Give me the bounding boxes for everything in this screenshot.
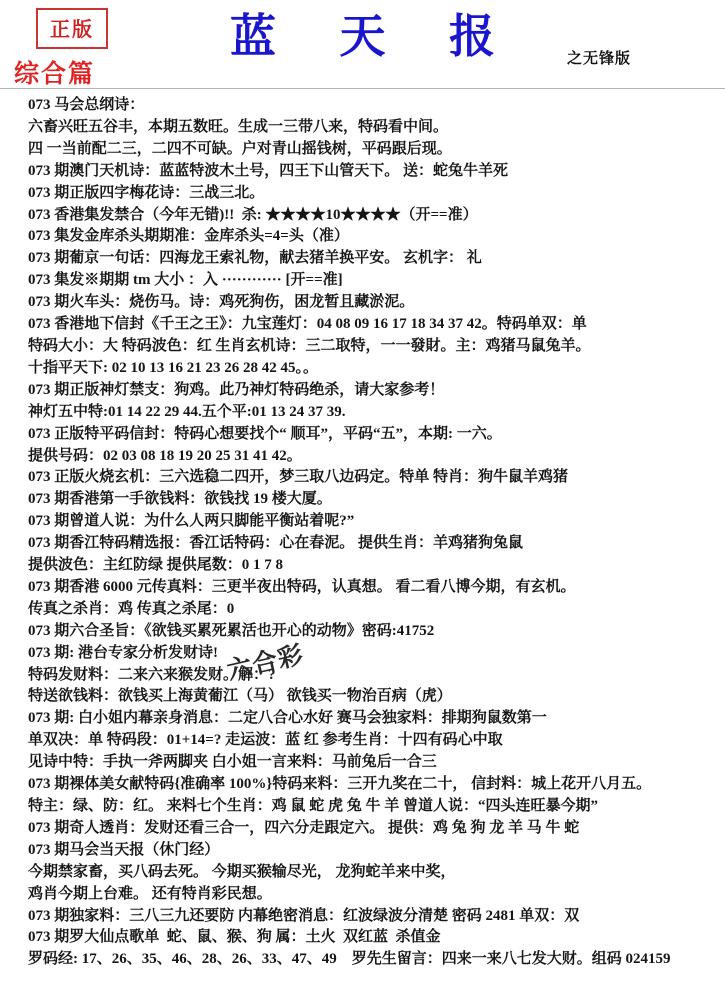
body-line: 073 期: 港台专家分析发财诗! xyxy=(28,643,719,665)
body-line: 见诗中特：手执一斧两脚夹 白小姐一言来料：马前兔后一合三 xyxy=(28,752,719,774)
body-line: 073 期奇人透肖：发财还看三合一，四六分走跟定六。 提供：鸡 兔 狗 龙 羊 … xyxy=(28,818,719,840)
body-line: 十指平天下: 02 10 13 16 21 23 26 28 42 45。。 xyxy=(28,358,719,380)
body-line: 073 期香港 6000 元传真料：三更半夜出特码，认真想。 看二看八博今期，有… xyxy=(28,577,719,599)
body-line: 073 期正版神灯禁支：狗鸡。此乃神灯特码绝杀，请大家参考！ xyxy=(28,380,719,402)
body-line: 073 期正版四字梅花诗：三战三北。 xyxy=(28,183,719,205)
section-title: 综合篇 xyxy=(14,54,95,90)
body-line: 特主：绿、防：红。 来料七个生肖：鸡 鼠 蛇 虎 兔 牛 羊 曾道人说：“四头连… xyxy=(28,796,719,818)
body-line: 特送欲钱料：欲钱买上海黄葡江（马） 欲钱买一物治百病（虎） xyxy=(28,686,719,708)
body-line: 073 香港地下信封《千王之王》：九宝莲灯：04 08 09 16 17 18 … xyxy=(28,314,719,336)
body-line: 神灯五中特:01 14 22 29 44.五个平:01 13 24 37 39. xyxy=(28,402,719,424)
body-line: 073 期香港第一手欲钱料：欲钱找 19 楼大厦。 xyxy=(28,489,719,511)
body-line: 罗码经: 17、26、35、46、28、26、33、47、49 罗先生留言：四来… xyxy=(28,949,719,971)
body-line: 073 期曾道人说：为什么人两只脚能平衡站着呢?” xyxy=(28,511,719,533)
header-divider xyxy=(0,88,725,89)
body-line: 073 期裸体美女献特码{准确率 100%}特码来料：三开九奖在二十， 信封料：… xyxy=(28,774,719,796)
newspaper-page: 正版 蓝 天 报 之无锋版 综合篇 073 马会总纲诗：六畜兴旺五谷丰，本期五数… xyxy=(0,0,725,987)
body-line: 073 期六合圣旨：《欲钱买累死累活也开心的动物》密码:41752 xyxy=(28,621,719,643)
body-line: 073 期火车头：烧伤马。诗：鸡死狗伤，困龙暂且藏淤泥。 xyxy=(28,292,719,314)
body-line: 073 期葡京一句话：四海龙王索礼物，献去猪羊换平安。 玄机字： 礼 xyxy=(28,248,719,270)
body-line: 073 期独家料：三八三九还要防 内幕绝密消息：红波绿波分清楚 密码 2481 … xyxy=(28,906,719,928)
body-line: 鸡肖今期上台难。 还有特肖彩民想。 xyxy=(28,884,719,906)
body-line: 073 期马会当天报（休门经） xyxy=(28,840,719,862)
body-line: 四 一当前配二三，二四不可缺。户对青山摇钱树，平码跟后现。 xyxy=(28,139,719,161)
body-line: 073 期: 白小姐内幕亲身消息：二定八合心水好 赛马会独家料：排期狗鼠数第一 xyxy=(28,708,719,730)
body-line: 073 集发※期期 tm 大小 ：入 ············ [开==准] xyxy=(28,270,719,292)
body-line: 六畜兴旺五谷丰，本期五数旺。生成一三带八来，特码看中间。 xyxy=(28,117,719,139)
body-line: 073 正版特平码信封：特码心想要找个“ 顺耳”，平码“五”，本期: 一六。 xyxy=(28,424,719,446)
body-line: 073 集发金库杀头期期准：金库杀头=4=头（准） xyxy=(28,226,719,248)
body-line: 传真之杀肖：鸡 传真之杀尾：0 xyxy=(28,599,719,621)
body-line: 单双决：单 特码段：01+14=? 走运波：蓝 红 参考生肖：十四有码心中取 xyxy=(28,730,719,752)
body-text: 073 马会总纲诗：六畜兴旺五谷丰，本期五数旺。生成一三带八来，特码看中间。四 … xyxy=(28,95,719,971)
body-line: 073 期香江特码精选报：香江话特码：心在春泥。 提供生肖：羊鸡猪狗兔鼠 xyxy=(28,533,719,555)
edition-label: 之无锋版 xyxy=(567,47,631,68)
body-line: 073 期罗大仙点歌单 蛇、鼠、猴、狗 属：土火 双红蓝 杀值金 xyxy=(28,927,719,949)
body-line: 特码大小：大 特码波色：红 生肖玄机诗：三二取特，一一發財。主：鸡猪马鼠兔羊。 xyxy=(28,336,719,358)
body-line: 提供号码：02 03 08 18 19 20 25 31 41 42。 xyxy=(28,446,719,468)
body-line: 特码发财料：二来六来猴发财。解：? xyxy=(28,665,719,687)
body-line: 提供波色：主红防绿 提供尾数：0 1 7 8 xyxy=(28,555,719,577)
body-line: 073 正版火烧玄机：三六选稳二四开，梦三取八边码定。特单 特肖：狗牛鼠羊鸡猪 xyxy=(28,467,719,489)
body-line: 073 马会总纲诗： xyxy=(28,95,719,117)
body-line: 073 香港集发禁合（今年无错)!! 杀: ★★★★10★★★★（开==准） xyxy=(28,205,719,227)
body-line: 073 期澳门天机诗：蓝蓝特波木土号，四王下山管天下。 送：蛇兔牛羊死 xyxy=(28,161,719,183)
body-line: 今期禁家畜，买八码去死。 今期买猴输尽光， 龙狗蛇羊来中奖， xyxy=(28,862,719,884)
